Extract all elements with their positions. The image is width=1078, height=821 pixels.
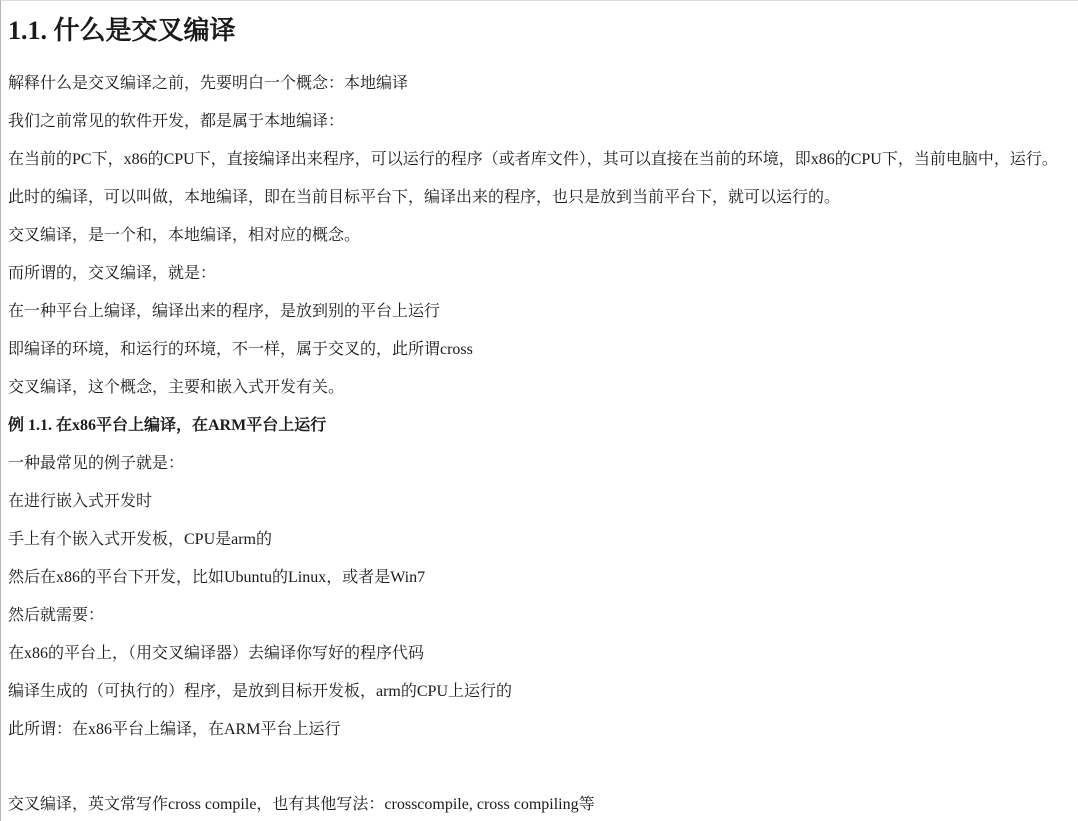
paragraph: 手上有个嵌入式开发板，CPU是arm的 <box>8 530 1066 550</box>
paragraph: 在一种平台上编译，编译出来的程序，是放到别的平台上运行 <box>8 302 1066 322</box>
paragraph: 编译生成的（可执行的）程序，是放到目标开发板，arm的CPU上运行的 <box>8 682 1066 702</box>
document-page: 1.1. 什么是交叉编译 解释什么是交叉编译之前，先要明白一个概念：本地编译 我… <box>0 0 1078 821</box>
paragraph: 解释什么是交叉编译之前，先要明白一个概念：本地编译 <box>8 74 1066 94</box>
paragraph: 在当前的PC下，x86的CPU下，直接编译出来程序，可以运行的程序（或者库文件）… <box>8 150 1066 170</box>
paragraph: 即编译的环境，和运行的环境，不一样，属于交叉的，此所谓cross <box>8 340 1066 360</box>
paragraph: 交叉编译，这个概念，主要和嵌入式开发有关。 <box>8 378 1066 398</box>
paragraph: 一种最常见的例子就是： <box>8 454 1066 474</box>
example-block: 例 1.1. 在x86平台上编译，在ARM平台上运行 一种最常见的例子就是： 在… <box>8 416 1066 740</box>
section-title: 1.1. 什么是交叉编译 <box>8 15 1066 46</box>
paragraph: 此时的编译，可以叫做，本地编译，即在当前目标平台下，编译出来的程序，也只是放到当… <box>8 188 1066 208</box>
paragraph: 我们之前常见的软件开发，都是属于本地编译： <box>8 112 1066 132</box>
paragraph: 在进行嵌入式开发时 <box>8 492 1066 512</box>
paragraph: 此所谓：在x86平台上编译，在ARM平台上运行 <box>8 720 1066 740</box>
paragraph: 而所谓的，交叉编译，就是： <box>8 264 1066 284</box>
paragraph: 然后就需要： <box>8 606 1066 626</box>
paragraph: 然后在x86的平台下开发，比如Ubuntu的Linux，或者是Win7 <box>8 568 1066 588</box>
paragraph: 交叉编译，是一个和，本地编译，相对应的概念。 <box>8 226 1066 246</box>
paragraph: 交叉编译，英文常写作cross compile，也有其他写法：crosscomp… <box>8 795 1066 815</box>
paragraph: 在x86的平台上，（用交叉编译器）去编译你写好的程序代码 <box>8 644 1066 664</box>
example-title: 例 1.1. 在x86平台上编译，在ARM平台上运行 <box>8 416 1066 436</box>
